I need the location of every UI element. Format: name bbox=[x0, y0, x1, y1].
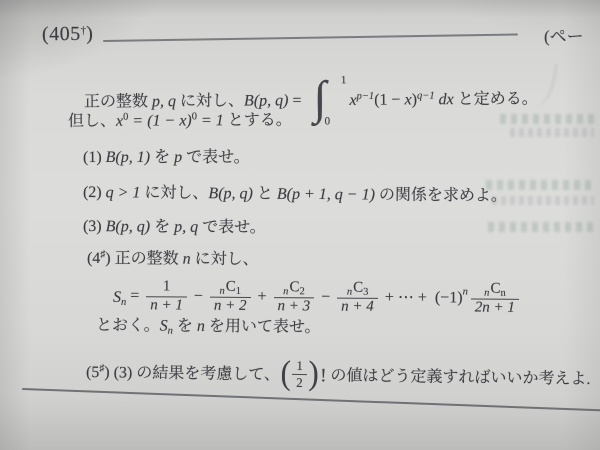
question-1-number: (1) bbox=[83, 149, 102, 166]
S-symbol: S bbox=[160, 318, 168, 335]
S-symbol: S bbox=[113, 289, 121, 306]
equals-one: = 1 bbox=[197, 112, 228, 129]
fraction-3: nC2n + 3 bbox=[273, 280, 314, 315]
beta-args: (p, q) bbox=[254, 92, 289, 109]
ellipsis-plus: + ⋯ + bbox=[385, 288, 427, 308]
question-4-number: (4 bbox=[87, 250, 100, 267]
S-subscript: n bbox=[121, 297, 126, 308]
header-rule bbox=[103, 33, 518, 41]
fraction-4: nC3n + 4 bbox=[337, 281, 378, 316]
question-5-number: (5 bbox=[86, 364, 100, 381]
minus-sign: − bbox=[194, 287, 203, 307]
sharp-mark: ♯ bbox=[100, 249, 105, 260]
dx-term: dx bbox=[435, 91, 454, 108]
var-n: n bbox=[183, 251, 191, 268]
exponent-p-1: p−1 bbox=[357, 91, 375, 102]
dagger-mark: † bbox=[81, 25, 87, 37]
math-B-p-1: B(p, 1) bbox=[106, 149, 150, 166]
question-2-number: (2) bbox=[83, 184, 102, 201]
power-n: n bbox=[463, 286, 468, 297]
problem-number: (405†) bbox=[42, 22, 94, 48]
integrand-x: x bbox=[349, 92, 356, 109]
equals-sign: = bbox=[288, 92, 305, 109]
question-3-number: (3) bbox=[83, 218, 102, 235]
paren-term: (1 − bbox=[374, 91, 404, 108]
intro-text: に対し、 bbox=[176, 93, 244, 110]
fraction-5: nCn2n + 1 bbox=[471, 281, 519, 316]
fraction-1: 1n + 1 bbox=[146, 279, 187, 314]
question-3: (3) B(p, q) を p, q で表せ。 bbox=[83, 217, 266, 238]
plus-sign: + bbox=[258, 287, 267, 307]
condition-note: 但し、x0 = (1 − x)0 = 1 とする。 bbox=[68, 111, 292, 132]
textbook-photo: (405†) (ペー 正の整数 p, q に対し、B(p, q) = ∫10xp… bbox=[0, 0, 600, 450]
equals-sign: = bbox=[130, 286, 139, 306]
series-formula: Sn=1n + 1−nC1n + 2+nC2n + 3−nC3n + 4+ ⋯ … bbox=[113, 281, 522, 318]
question-2: (2) q > 1 に対し、B(p, q) と B(p + 1, q − 1) … bbox=[83, 183, 507, 207]
minus-sign: − bbox=[321, 288, 330, 308]
bleed-through-text bbox=[510, 128, 594, 137]
half-fraction: 12 bbox=[292, 359, 307, 389]
beta-symbol: B bbox=[244, 92, 254, 109]
bleed-through-text bbox=[492, 196, 594, 205]
var-n: n bbox=[197, 318, 205, 335]
big-paren-open: ( bbox=[280, 353, 291, 396]
problem-number-close: ) bbox=[86, 23, 93, 45]
question-4-heading: (4♯) 正の整数 n に対し、 bbox=[87, 249, 259, 270]
exponent-q-1: q−1 bbox=[417, 90, 435, 101]
factorial-mark: ! bbox=[320, 365, 327, 389]
sharp-mark: ♯ bbox=[99, 363, 104, 374]
integral: ∫10 bbox=[311, 76, 347, 126]
math-B-p-q: B(p, q) bbox=[106, 218, 151, 235]
note-text: 但し、 bbox=[68, 113, 116, 130]
note-mid: = (1 − x) bbox=[128, 112, 191, 129]
fraction-2: nC1n + 2 bbox=[210, 280, 251, 315]
var-p: p bbox=[174, 149, 182, 166]
problem-number-open: (405 bbox=[42, 23, 81, 45]
exponent-zero: 0 bbox=[123, 112, 128, 123]
big-paren-close: ) bbox=[308, 353, 319, 396]
integral-upper-limit: 1 bbox=[341, 74, 347, 88]
bleed-through-text bbox=[488, 222, 594, 232]
question-4-tail: とおく。Sn を n を用いて表せ。 bbox=[96, 316, 321, 338]
exponent-zero-2: 0 bbox=[192, 111, 197, 122]
intro-text-end: と定める。 bbox=[454, 91, 538, 109]
var-pq: p, q bbox=[152, 93, 176, 110]
S-subscript: n bbox=[168, 326, 173, 337]
math-B-p1-q1: B(p + 1, q − 1) bbox=[277, 186, 375, 204]
math-q-gt-1: q > 1 bbox=[106, 184, 141, 201]
question-1: (1) B(p, 1) を p で表せ。 bbox=[83, 148, 250, 168]
var-pq: p, q bbox=[174, 219, 198, 236]
minus-one-power: (−1) bbox=[435, 288, 463, 308]
integral-lower-limit: 0 bbox=[325, 116, 331, 130]
intro-text: 正の整数 bbox=[84, 93, 152, 110]
page-reference: (ペー bbox=[544, 26, 584, 47]
math-B-p-q: B(p, q) bbox=[208, 185, 253, 202]
note-text-end: とする。 bbox=[228, 112, 292, 129]
